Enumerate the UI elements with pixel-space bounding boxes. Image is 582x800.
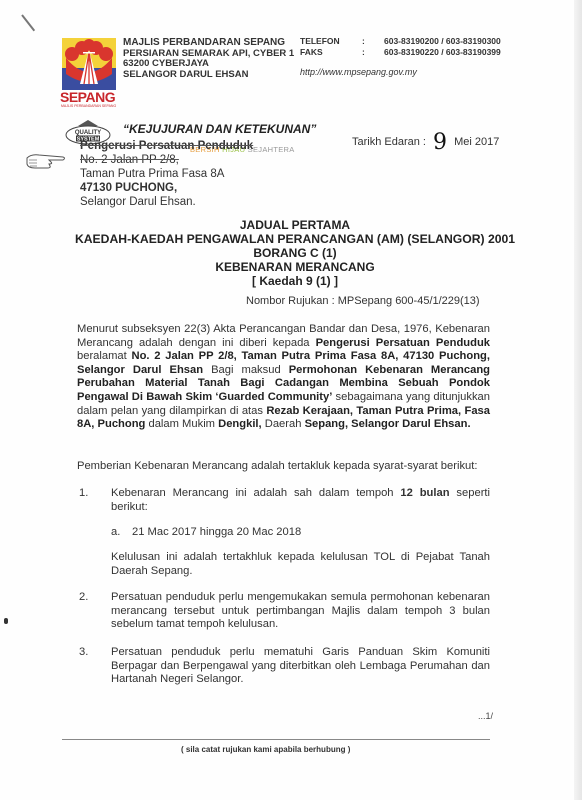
recipient-address: Pengerusi Persatuan Penduduk No. 2 Jalan… [80, 139, 253, 209]
title-line: [ Kaedah 9 (1) ] [60, 274, 530, 288]
condition-text: Persatuan penduduk perlu mengemukakan se… [111, 591, 490, 632]
text-run: Persatuan penduduk perlu mengemukakan se… [111, 591, 490, 630]
title-line: BORANG C (1) [60, 246, 530, 260]
telefon-row: TELEFON : 603-83190200 / 603-83190300 [300, 36, 501, 47]
faks-value: 603-83190220 / 603-83190399 [384, 47, 501, 58]
contact-block: TELEFON : 603-83190200 / 603-83190300 FA… [300, 36, 501, 58]
sub-item-text: 21 Mac 2017 hingga 20 Mac 2018 [132, 526, 301, 538]
recipient-address-line: No. 2 Jalan PP 2/8, [80, 153, 253, 167]
svg-text:QUALITY: QUALITY [75, 130, 101, 136]
footer-divider [62, 739, 490, 740]
text-run: Bagi maksud [203, 364, 289, 376]
sub-item-letter: a. [111, 526, 132, 538]
circulation-date: Tarikh Edaran : 9 Mei 2017 [352, 126, 499, 151]
recipient-state: Selangor Darul Ehsan. [80, 195, 253, 209]
bold-text-run: Pengerusi Persatuan Penduduk [316, 337, 490, 349]
condition-number: 1. [79, 487, 88, 501]
website-link[interactable]: http://www.mpsepang.gov.my [300, 67, 417, 77]
colon: : [362, 36, 384, 47]
recipient-postcode-city: 47130 PUCHONG, [80, 181, 253, 195]
title-line: KAEDAH-KAEDAH PENGAWALAN PERANCANGAN (AM… [60, 232, 530, 246]
org-name: MAJLIS PERBANDARAN SEPANG [123, 38, 294, 49]
title-line: KEBENARAN MERANCANG [60, 260, 530, 274]
org-address-line: SELANGOR DARUL EHSAN [123, 70, 294, 81]
bold-text-run: 12 bulan [400, 487, 449, 499]
condition-sub-item: a.21 Mac 2017 hingga 20 Mac 2018 [111, 526, 301, 538]
handwritten-day: 9 [433, 130, 447, 155]
pointing-hand-icon [25, 152, 67, 170]
scan-dot-mark [4, 618, 8, 624]
letter-page: SEPANG MAJLIS PERBANDARAN SEPANG MAJLIS … [0, 0, 582, 800]
condition-text: Kebenaran Merancang ini adalah sah dalam… [111, 487, 490, 514]
text-run: dalam Mukim [145, 418, 218, 430]
title-line: JADUAL PERTAMA [60, 218, 530, 232]
faks-row: FAKS : 603-83190220 / 603-83190399 [300, 47, 501, 58]
document-title: JADUAL PERTAMA KAEDAH-KAEDAH PENGAWALAN … [60, 218, 530, 288]
sepang-logo-icon [62, 38, 116, 90]
condition-number: 3. [79, 646, 88, 660]
text-run: beralamat [77, 350, 132, 362]
footer-note: ( sila catat rujukan kami apabila berhub… [181, 745, 350, 754]
pen-stroke-mark [21, 14, 35, 31]
date-month-year: Mei 2017 [454, 136, 499, 148]
text-run: Daerah [262, 418, 305, 430]
text-run: Persatuan penduduk perlu mematuhi Garis … [111, 646, 490, 685]
reference-number: Nombor Rujukan : MPSepang 600-45/1/229(1… [246, 295, 480, 307]
bold-text-run: Dengkil, [218, 418, 262, 430]
date-label: Tarikh Edaran : [352, 136, 426, 148]
organization-block: MAJLIS PERBANDARAN SEPANG PERSIARAN SEMA… [123, 38, 294, 80]
colon: : [362, 47, 384, 58]
telefon-label: TELEFON [300, 36, 362, 47]
motto-text: “KEJUJURAN DAN KETEKUNAN” [123, 122, 316, 136]
condition-number: 2. [79, 591, 88, 605]
page-continuation-marker: ...1/ [478, 711, 493, 721]
body-paragraph: Menurut subseksyen 22(3) Akta Perancanga… [77, 323, 490, 432]
conditions-intro: Pemberian Kebenaran Merancang adalah ter… [77, 460, 490, 474]
logo-wordmark: SEPANG [60, 89, 115, 105]
org-address-line: 63200 CYBERJAYA [123, 59, 294, 70]
bold-text-run: Sepang, Selangor Darul Ehsan. [305, 418, 471, 430]
condition-note: Kelulusan ini adalah tertakhluk kepada k… [111, 551, 490, 578]
telefon-value: 603-83190200 / 603-83190300 [384, 36, 501, 47]
recipient-address-line: Taman Putra Prima Fasa 8A [80, 167, 253, 181]
condition-text: Persatuan penduduk perlu mematuhi Garis … [111, 646, 490, 687]
text-run: Kebenaran Merancang ini adalah sah dalam… [111, 487, 400, 499]
logo-subtitle: MAJLIS PERBANDARAN SEPANG [61, 104, 116, 108]
recipient-name: Pengerusi Persatuan Penduduk [80, 139, 253, 153]
scan-edge-shadow [574, 0, 582, 800]
faks-label: FAKS [300, 47, 362, 58]
